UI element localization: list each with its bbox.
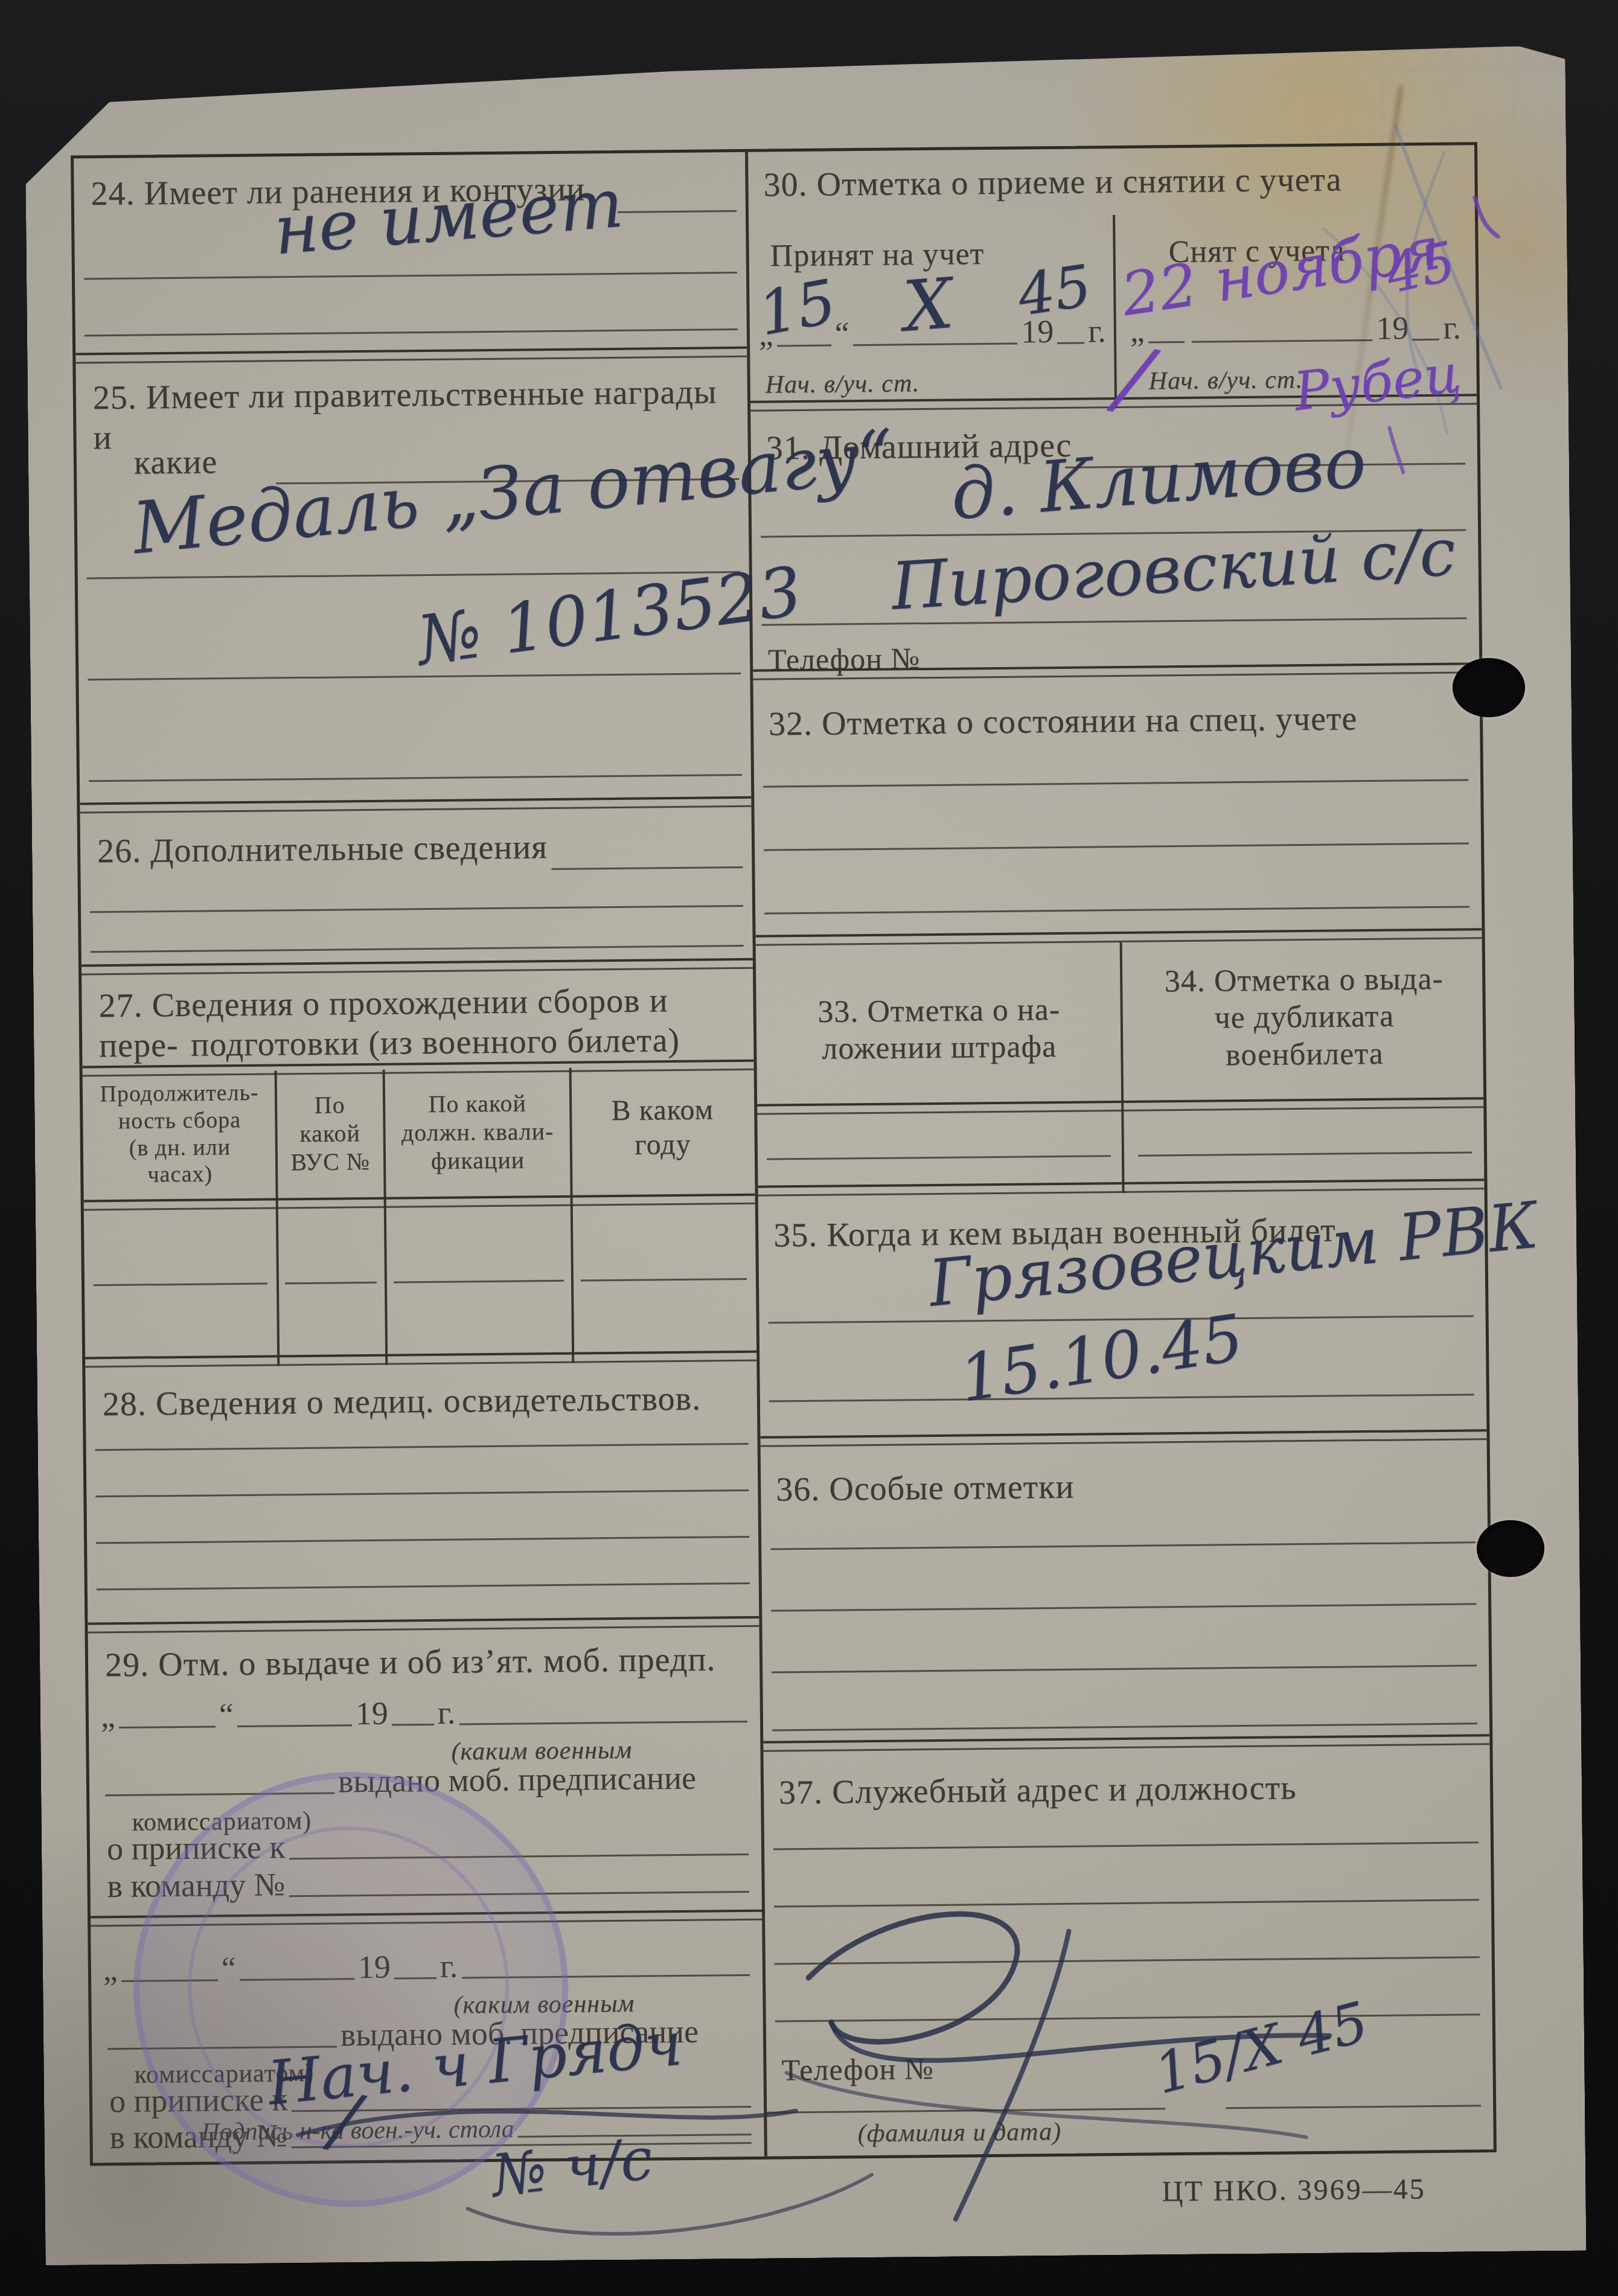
year-19: 19 bbox=[355, 1695, 388, 1733]
field-label: 32. Отметка о состоянии на спец. учете bbox=[769, 697, 1477, 744]
section-24: 24. Имеет ли ранения и контузии не имеет bbox=[74, 152, 747, 364]
punch-hole bbox=[1453, 658, 1525, 717]
field-label-33: 33. Отметка о на- ложении штрафа bbox=[774, 991, 1104, 1068]
field-label: 26. Дополнительные сведения bbox=[97, 827, 548, 871]
date-blank-row: „ “ 19 г. bbox=[101, 1693, 752, 1735]
handwriting-accepted-month: X bbox=[900, 263, 956, 348]
section-30: 30. Отметка о приеме и снятии с учета Пр… bbox=[748, 145, 1477, 412]
ruled-line bbox=[772, 1722, 1477, 1731]
field-label: 28. Сведения о медиц. освидетельствов. bbox=[103, 1378, 752, 1424]
print-code: ЦТ НКО. 3969—45 bbox=[1162, 2172, 1426, 2208]
section-37: 37. Служебный адрес и должность Телефон … bbox=[763, 1745, 1493, 2158]
blank-line bbox=[119, 1725, 216, 1728]
section-35: 35. Когда и кем выдан военный билет Гряз… bbox=[758, 1189, 1487, 1447]
ruled-line bbox=[767, 2108, 1165, 2113]
ruled-line bbox=[773, 1841, 1479, 1850]
blank-line bbox=[459, 1721, 748, 1725]
table-header-position: По какой должн. квали- фикации bbox=[388, 1089, 568, 1175]
blank-line bbox=[392, 1724, 434, 1726]
section-26: 26. Дополнительные сведения bbox=[80, 807, 753, 976]
blank-line bbox=[1192, 339, 1372, 343]
blank-line bbox=[1412, 339, 1439, 341]
field-label: 30. Отметка о приеме и снятии с учета bbox=[763, 158, 1472, 205]
ruled-line bbox=[762, 617, 1467, 625]
handwriting-date: 15/X 45 bbox=[1148, 1989, 1375, 2106]
cell-divider bbox=[1120, 942, 1125, 1193]
field-label: 29. Отм. о выдаче и об из’ят. моб. предп… bbox=[105, 1639, 754, 1685]
ruled-line bbox=[775, 1956, 1480, 1965]
field-label: подготовки (из военного билета) bbox=[191, 1020, 680, 1065]
handwriting-medal-number: № 1013523 bbox=[413, 552, 807, 681]
section-36: 36. Особые отметки bbox=[761, 1440, 1490, 1752]
ruled-line bbox=[763, 779, 1468, 787]
section-32: 32. Отметка о состоянии на спец. учете bbox=[753, 673, 1482, 946]
document-paper: 24. Имеет ли ранения и контузии не имеет… bbox=[25, 46, 1587, 2265]
ruled-line bbox=[1138, 1151, 1472, 1156]
year-g: г. bbox=[437, 1694, 455, 1732]
ruled-line bbox=[618, 210, 737, 213]
year-g: г. bbox=[1443, 309, 1461, 347]
ruled-line bbox=[85, 328, 738, 336]
header-underline bbox=[757, 1097, 1483, 1115]
ruled-line bbox=[96, 1536, 749, 1544]
ruled-line bbox=[285, 1282, 377, 1284]
cell-divider bbox=[1113, 215, 1117, 408]
punch-hole bbox=[1477, 1520, 1544, 1577]
ruled-line bbox=[91, 945, 744, 953]
field-label: 36. Особые отметки bbox=[776, 1467, 1075, 1510]
year-19: 19 bbox=[1376, 309, 1409, 347]
open-quote: „ bbox=[101, 1697, 116, 1735]
ruled-line bbox=[1226, 2105, 1481, 2109]
scanned-military-card-page: { "palette":{ "background":"#141416", "p… bbox=[0, 0, 1618, 2296]
ruled-line bbox=[764, 842, 1469, 851]
ruled-line bbox=[89, 774, 742, 782]
chief-label: Нач. в/уч. ст. bbox=[1148, 365, 1303, 397]
table-header-vus: По какой ВУС № bbox=[279, 1090, 381, 1177]
field-label: 37. Служебный адрес и должность bbox=[779, 1766, 1488, 1812]
ruled-line bbox=[770, 1541, 1476, 1550]
blank-line bbox=[1058, 342, 1085, 344]
ruled-line bbox=[95, 1489, 749, 1497]
field-label: какие bbox=[134, 442, 218, 482]
table-header-underline bbox=[84, 1194, 755, 1211]
handwriting-accepted-year: 45 bbox=[1014, 253, 1096, 330]
ruled-line bbox=[775, 2013, 1480, 2022]
handwriting-accepted-day: 15 bbox=[753, 266, 842, 349]
ruled-line bbox=[97, 1582, 750, 1590]
blank-line bbox=[237, 1724, 352, 1727]
close-quote: “ bbox=[219, 1696, 234, 1733]
ruled-line bbox=[84, 272, 737, 280]
ruled-line bbox=[88, 673, 741, 680]
section-27: 27. Сведения о прохождении сборов и пере… bbox=[82, 969, 756, 1368]
ruled-line bbox=[764, 906, 1469, 914]
ruled-line bbox=[772, 1664, 1477, 1673]
table-column-divider bbox=[383, 1070, 388, 1365]
ruled-line bbox=[95, 1443, 749, 1451]
ruled-line bbox=[767, 1155, 1111, 1160]
accepted-title: Принят на учет bbox=[770, 235, 984, 275]
ruled-line bbox=[394, 1280, 564, 1284]
open-quote: „ bbox=[103, 1951, 118, 1988]
field-label-34: 34. Отметка о выда- че дубликата военбил… bbox=[1136, 960, 1473, 1074]
ruled-line bbox=[551, 866, 743, 870]
section-28: 28. Сведения о медиц. освидетельствов. bbox=[85, 1361, 759, 1634]
phone-label: Телефон № bbox=[781, 2051, 934, 2088]
ruled-line bbox=[581, 1278, 747, 1282]
table-header-year: В каком году bbox=[575, 1093, 750, 1163]
section-33-34: 33. Отметка о на- ложении штрафа 34. Отм… bbox=[756, 939, 1485, 1197]
ruled-line bbox=[90, 905, 743, 913]
chief-label: Нач. в/уч. ст. bbox=[766, 369, 920, 400]
caption: (фамилия и дата) bbox=[857, 2117, 1061, 2149]
table-header-duration: Продолжитель- ность сбора (в дн. или час… bbox=[89, 1079, 271, 1189]
ruled-line bbox=[769, 1393, 1474, 1402]
ruled-line bbox=[771, 1603, 1476, 1611]
ruled-line bbox=[774, 1899, 1479, 1907]
section-25: 25. Имеет ли правительственные награды и… bbox=[75, 357, 751, 814]
table-column-divider bbox=[569, 1068, 575, 1363]
ruled-line bbox=[94, 1283, 267, 1287]
